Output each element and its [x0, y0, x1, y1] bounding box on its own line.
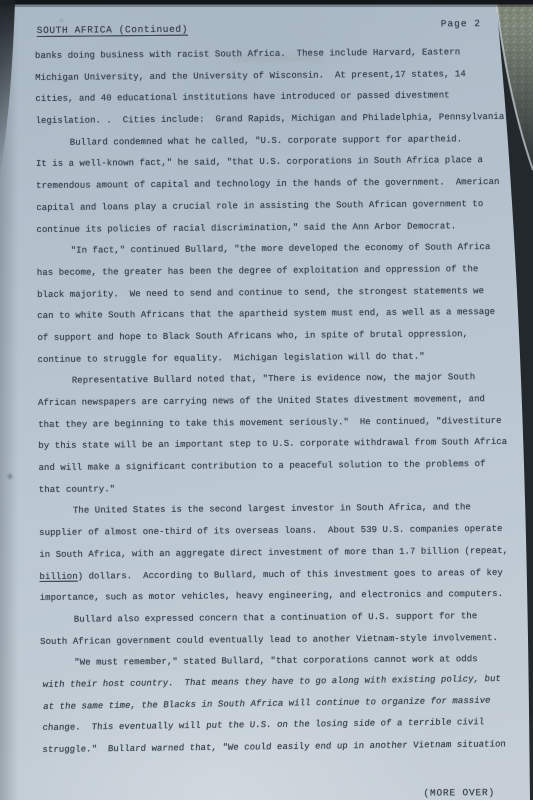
page-content: SOUTH AFRICA (Continued) Page 2 banks do…	[0, 0, 533, 800]
text-segment: It is a well-known fact," he said, "that…	[36, 156, 483, 170]
text-segment: Bullard also expressed concern that a co…	[74, 611, 477, 625]
paragraph: Representative Bullard noted that, "Ther…	[38, 372, 521, 506]
text-segment: Representative Bullard noted that, "Ther…	[72, 372, 475, 386]
text-segment: The United States is the second largest …	[73, 503, 471, 516]
text-line: struggle." Bullard warned that, "We coul…	[41, 739, 525, 767]
more-over-note: (MORE OVER)	[423, 787, 495, 799]
paragraph: Bullard also expressed concern that a co…	[40, 611, 522, 659]
page-number: Page 2	[441, 18, 481, 29]
page-title: SOUTH AFRICA (Continued)	[37, 24, 188, 36]
text-segment: by this state will be an important step …	[38, 437, 507, 451]
text-segment: "In fact," continued Bullard, "the more …	[71, 242, 491, 256]
paragraph: "In fact," continued Bullard, "the more …	[37, 242, 520, 376]
paragraph: Bullard condemned what he called, "U.S. …	[36, 134, 519, 247]
scanned-page-photo: SOUTH AFRICA (Continued) Page 2 banks do…	[0, 0, 533, 800]
paragraph: The United States is the second largest …	[39, 502, 522, 615]
underlined-text: billion	[39, 571, 77, 581]
ink-smudge	[60, 19, 63, 22]
text-segment: cities, and 40 educational institutions …	[35, 91, 449, 105]
text-segment: continue to struggle for equality. Michi…	[38, 351, 425, 364]
paragraph: "We must remember," stated Bullard, "tha…	[40, 654, 523, 767]
text-segment: "We must remember," stated Bullard, "tha…	[74, 654, 477, 668]
paper-stain	[231, 55, 321, 61]
text-segment: that country."	[39, 484, 115, 495]
ink-smudge	[8, 474, 12, 479]
text-segment: Bullard condemned what he called, "U.S. …	[70, 134, 463, 147]
document-body: banks doing business with racist South A…	[35, 47, 523, 767]
